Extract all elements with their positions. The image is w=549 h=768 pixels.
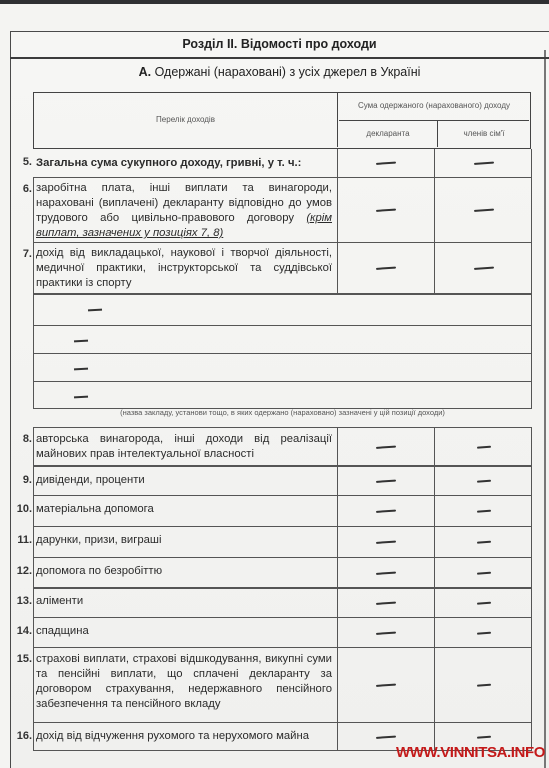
subsection-letter: А. [139,65,152,79]
row-number: 14. [10,625,32,637]
row-number: 5. [10,156,32,168]
row-label: допомога по безробіттю [36,564,332,579]
table-row: 15.страхові виплати, страхові відшкодува… [10,647,532,722]
family-cell [436,495,532,527]
family-cell [436,466,532,496]
row-label: авторська винагорода, інші доходи від ре… [36,432,332,462]
row-label: дивіденди, проценти [36,473,332,488]
organization-caption: (назва закладу, установи тощо, в яких од… [33,408,532,417]
org-line [34,325,531,326]
row-number: 12. [10,565,32,577]
row-number: 15. [10,653,32,665]
dash-mark [473,209,493,212]
dash-mark [376,209,396,212]
row-number: 6. [10,183,32,195]
dash-mark [376,267,396,270]
table-row: 12.допомога по безробіттю [10,557,532,588]
table-header: Перелік доходів Сума одержаного (нарахов… [33,92,531,149]
table-row: 14.спадщина [10,617,532,647]
dash-mark [476,445,490,448]
header-income-list: Перелік доходів [34,93,338,147]
dash-mark [476,541,490,544]
row-label: дарунки, призи, виграші [36,533,332,548]
subsection-title: А. Одержані (нараховані) з усіх джерел в… [10,60,549,84]
table-row: 13.аліменти [10,587,532,617]
dash-mark [476,684,490,687]
page-edge [544,50,546,768]
dash-mark [376,162,396,165]
row-number: 13. [10,595,32,607]
dash-mark [476,735,490,738]
declarant-cell [337,647,435,723]
org-dash-1 [88,309,102,311]
declarant-cell [337,177,435,243]
dash-mark [476,601,490,604]
declarant-cell [337,526,435,558]
row-label: дохід від викладацької, наукової і творч… [36,246,332,291]
family-cell [436,427,532,466]
family-cell [436,557,532,589]
org-dash-2 [74,340,88,342]
family-cell [436,526,532,558]
table-row: 5. Загальна сума сукупного доходу, гривн… [10,149,532,177]
family-cell [436,177,532,243]
row-number: 8. [10,433,32,445]
table-row: 8.авторська винагорода, інші доходи від … [10,427,532,465]
header-family: членів сім'ї [438,121,530,147]
row-label: аліменти [36,594,332,609]
row-label: спадщина [36,624,332,639]
dash-mark [476,572,490,575]
dash-mark [376,735,396,738]
row-label: страхові виплати, страхові відшкодування… [36,652,332,712]
dash-mark [476,480,490,483]
row-label: матеріальна допомога [36,502,332,517]
table-row: 10.матеріальна допомога [10,495,532,526]
organization-block [33,294,532,409]
dash-mark [376,631,396,634]
dash-mark [376,601,396,604]
row-number: 11. [10,534,32,546]
declarant-cell [337,557,435,589]
section-title: Розділ II. Відомості про доходи [10,31,549,59]
dash-mark [376,684,396,687]
declarant-cell [337,242,435,294]
org-dash-4 [74,396,88,398]
dash-mark [473,162,493,165]
table-row: 6. заробітна плата, інші виплати та вина… [10,177,532,241]
org-line [34,381,531,382]
dash-mark [476,631,490,634]
dash-mark [376,541,396,544]
header-income-sum: Сума одержаного (нарахованого) доходу [339,93,529,121]
table-row: 9.дивіденди, проценти [10,466,532,495]
dash-mark [376,480,396,483]
family-cell [436,647,532,723]
row-number: 7. [10,248,32,260]
declarant-cell [337,587,435,618]
row-label-text: заробітна плата, інші виплати та винагор… [36,182,332,224]
dash-mark [473,267,493,270]
declarant-cell [337,427,435,466]
family-cell [436,242,532,294]
table-row: 11.дарунки, призи, виграші [10,526,532,557]
family-cell [436,149,532,177]
top-border [0,0,549,4]
subsection-text: Одержані (нараховані) з усіх джерел в Ук… [155,65,421,79]
declarant-cell [337,495,435,527]
row-label: Загальна сума сукупного доходу, гривні, … [36,156,346,171]
row-number: 10. [10,503,32,515]
row-label: дохід від відчуження рухомого та нерухом… [36,729,332,744]
dash-mark [476,510,490,513]
row-label: заробітна плата, інші виплати та винагор… [36,181,332,241]
family-cell [436,617,532,648]
dash-mark [376,572,396,575]
row-number: 16. [10,730,32,742]
family-cell [436,587,532,618]
org-line [34,353,531,354]
org-dash-3 [74,368,88,370]
declarant-cell [337,149,435,177]
declarant-cell [337,466,435,496]
header-declarant: декларанта [339,121,438,147]
table-row: 7. дохід від викладацької, наукової і тв… [10,242,532,294]
row-number: 9. [10,474,32,486]
watermark: WWW.VINNITSA.INFO [396,744,545,761]
dash-mark [376,445,396,448]
dash-mark [376,510,396,513]
declarant-cell [337,617,435,648]
